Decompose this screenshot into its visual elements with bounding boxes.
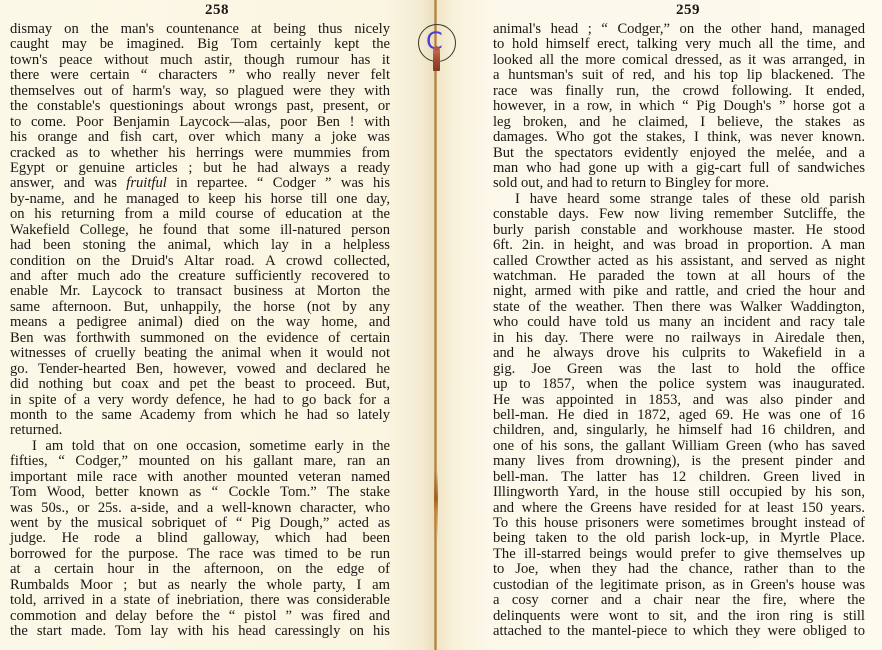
text-line: told, arrived in a state of inebriation,… [10,593,390,608]
book-spread: 258 dismay on the man's countenance at b… [0,0,882,650]
text-line: judge. He rode a blind galloway, which h… [10,531,390,546]
text-line: gig. Joe Green was the last to hold the … [493,362,865,377]
text-line: to Joe, when they had the chance, rather… [493,562,865,577]
left-page-text: dismay on the man's countenance at being… [10,22,390,640]
text-line: and where the Greens have resided for at… [493,501,865,516]
italic-word: fruitful [126,175,167,191]
text-line: a huntsman's suit of red, and his top li… [493,68,865,83]
text-line: was 50s., or 25s. a-side, and a well-kno… [10,501,390,516]
text-line: Egypt or genuine articles ; but he had a… [10,161,390,176]
text-line: in spite of a very wordy defence, he had… [10,393,390,408]
text-line: his orange and fish cart, over which man… [10,130,390,145]
text-line: The ill-starred beings would prefer to g… [493,547,865,562]
text-line: being taken to the old parish lock-up, i… [493,531,865,546]
text-line: town's peace without much astir, though … [10,53,390,68]
text-line: But the spectators evidently enjoyed the… [493,146,865,161]
text-line: by-name, and he managed to keep his hors… [10,192,390,207]
text-line: went by the musical sobriquet of “ Pig D… [10,516,390,531]
stamp-figure-head-icon [434,46,439,51]
text-line: returned. [10,423,390,438]
text-line: did nothing but coax and pet the beast t… [10,377,390,392]
text-line: To this house prisoners were sometimes b… [493,516,865,531]
text-line: state of the weather. Then there was Wal… [493,300,865,315]
text-line: Tom Wood, better known as “ Cockle Tom.”… [10,485,390,500]
text-line: night, armed with pike and rattle, and c… [493,284,865,299]
text-line: up to 1857, when the police system was i… [493,377,865,392]
text-line: go. Tender-hearted Ben, however, vowed a… [10,362,390,377]
text-line: He was appointed in 1853, and was also p… [493,393,865,408]
text-line: cracked as to whether his herrings were … [10,146,390,161]
left-page: 258 dismay on the man's countenance at b… [0,0,436,650]
text-line: 6ft. 2in. in height, and was broad in pr… [493,238,865,253]
page-number-right: 259 [676,2,700,19]
text-line: same afternoon. But, unhappily, the hors… [10,300,390,315]
text-line: dismay on the man's countenance at being… [10,22,390,37]
text-line: children, and, singularly, he himself ha… [493,423,865,438]
text-line: I am told that on one occasion, sometime… [10,439,390,454]
text-line: looked all the more comical dressed, as … [493,53,865,68]
text-line: Ben was forthwith summoned on the eviden… [10,331,390,346]
text-line: watchman. He paraded the town at all hou… [493,269,865,284]
text-line: there were certain “ characters ” who re… [10,68,390,83]
gutter-stain [434,470,438,540]
text-line: means a pedigree animal) died on the way… [10,315,390,330]
text-line: month to the same Academy from which he … [10,408,390,423]
text-line: constable days. Few now living remember … [493,207,865,222]
text-line: condition on the Druid's Altar road. A c… [10,254,390,269]
text-line: caught may be imagined. Big Tom certainl… [10,37,390,52]
text-line: damages. Who got the stakes, I think, wa… [493,130,865,145]
text-line: called Crowther acted as his assistant, … [493,254,865,269]
text-line: at a certain hour in the afternoon, on t… [10,562,390,577]
text-line: man who had gone up with a gig-cart full… [493,161,865,176]
text-line: the start made. Tom lay with his head ca… [10,624,390,639]
text-line: to come. Poor Benjamin Laycock—alas, poo… [10,115,390,130]
text-line: the constable's questionings about wrong… [10,99,390,114]
text-line: on his returning from a mild course of e… [10,207,390,222]
text-line: witnesses of cruelly beating the animal … [10,346,390,361]
text-line: animal's head ; “ Codger,” on the other … [493,22,865,37]
text-line: commotion and delay before the “ pistol … [10,609,390,624]
text-line: attached to the mantel-piece to which th… [493,624,865,639]
text-line: in his day. There were no railways in Ai… [493,331,865,346]
text-line: Wakefield College, he found that some il… [10,223,390,238]
text-line: one of his sons, the gallant William Gre… [493,439,865,454]
text-line: and he always drove his culprits to Wake… [493,346,865,361]
text-line: had been stoning the animal, which lay i… [10,238,390,253]
text-line: bell-man. He died in 1872, aged 69. He w… [493,408,865,423]
text-line: fifties, “ Codger,” mounted on his galla… [10,454,390,469]
text-line: many lives from drowning), is the presen… [493,454,865,469]
text-line: themselves out of harm's way, so plagued… [10,84,390,99]
text-line: and after much ado the creature sufficie… [10,269,390,284]
text-line: leg broken, and he claimed, I believe, t… [493,115,865,130]
book-gutter [434,0,437,650]
text-line: race was finally run, the crowd followin… [493,84,865,99]
text-line: answer, and was fruitful in repartee. “ … [10,176,390,191]
text-line: I have heard some strange tales of these… [493,192,865,207]
text-line: bell-man. The latter has 12 children. Gr… [493,470,865,485]
text-line: who could have told us many an incident … [493,315,865,330]
text-line: Illingworth Yard, in the house still occ… [493,485,865,500]
page-number-left: 258 [205,2,229,19]
text-line: borrowed for the purpose. The race was t… [10,547,390,562]
right-page: 259 animal's head ; “ Codger,” on the ot… [436,0,882,650]
text-line: Rumbalds Moor ; but as nearly the whole … [10,578,390,593]
text-line: important mile race with another mounted… [10,470,390,485]
text-line: delinquents were wont to sit, and the ir… [493,609,865,624]
text-line: sold out, and had to return to Bingley f… [493,176,865,191]
text-line: however, in a row, in which “ Pig Dough'… [493,99,865,114]
text-line: to hold himself erect, talking very much… [493,37,865,52]
text-line: enable Mr. Laycock to transact business … [10,284,390,299]
right-page-text: animal's head ; “ Codger,” on the other … [493,22,865,640]
text-line: burly parish constable and workhouse mas… [493,223,865,238]
text-line: custodian of the legitimate prison, as i… [493,578,865,593]
text-line: a cosy corner and a chair near the fire,… [493,593,865,608]
